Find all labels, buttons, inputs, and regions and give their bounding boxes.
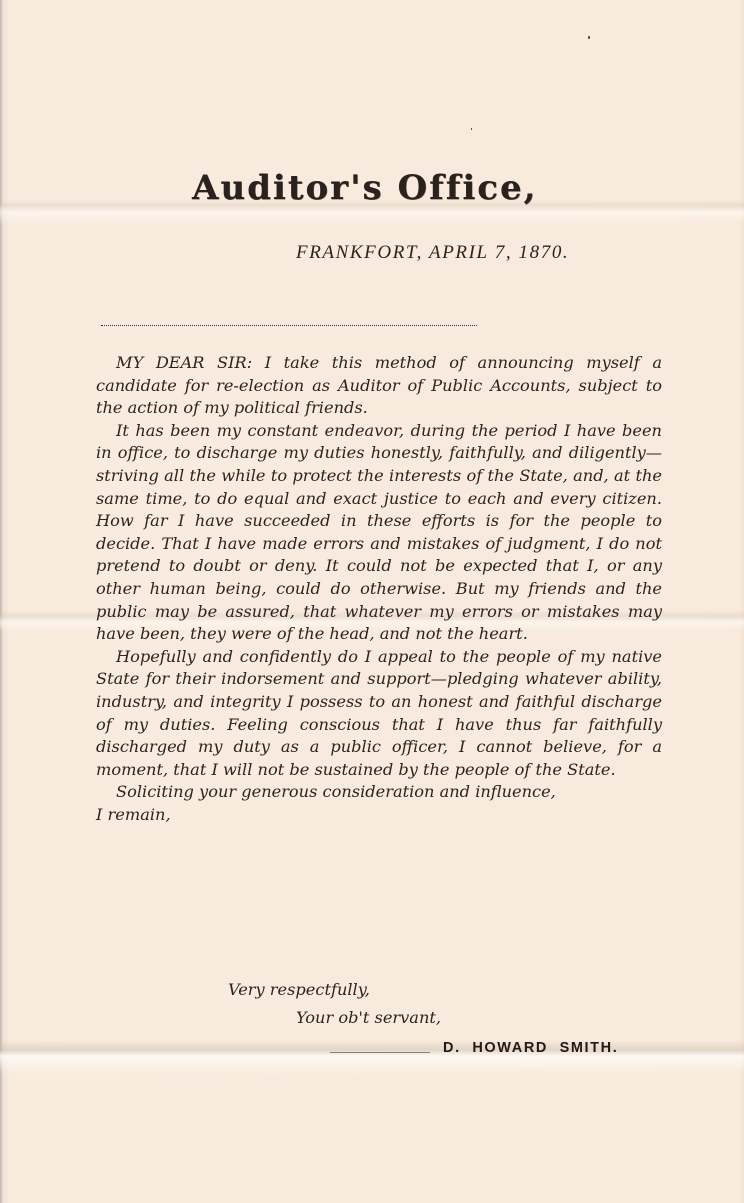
dateline: FRANKFORT, APRIL 7, 1870.: [296, 242, 569, 264]
letterhead-title: Auditor's Office,: [192, 168, 537, 208]
paragraph-soliciting: Soliciting your generous consideration a…: [96, 781, 662, 804]
paper-speck: [588, 36, 590, 39]
signature-name: D. HOWARD SMITH.: [443, 1040, 618, 1056]
signature-line: [330, 1052, 430, 1053]
paragraph-appeal: Hopefully and confidently do I appeal to…: [96, 646, 662, 782]
paragraph-endeavor: It has been my constant endeavor, during…: [96, 420, 662, 646]
letter-body: MY DEAR SIR: I take this method of annou…: [96, 352, 662, 826]
closing-respectfully: Very respectfully,: [228, 980, 370, 999]
paper-speck: [471, 128, 472, 130]
remain-line: I remain,: [96, 804, 662, 827]
closing-servant: Your ob't servant,: [296, 1008, 441, 1027]
address-rule: [101, 325, 477, 326]
paragraph-salutation: MY DEAR SIR: I take this method of annou…: [96, 352, 662, 420]
